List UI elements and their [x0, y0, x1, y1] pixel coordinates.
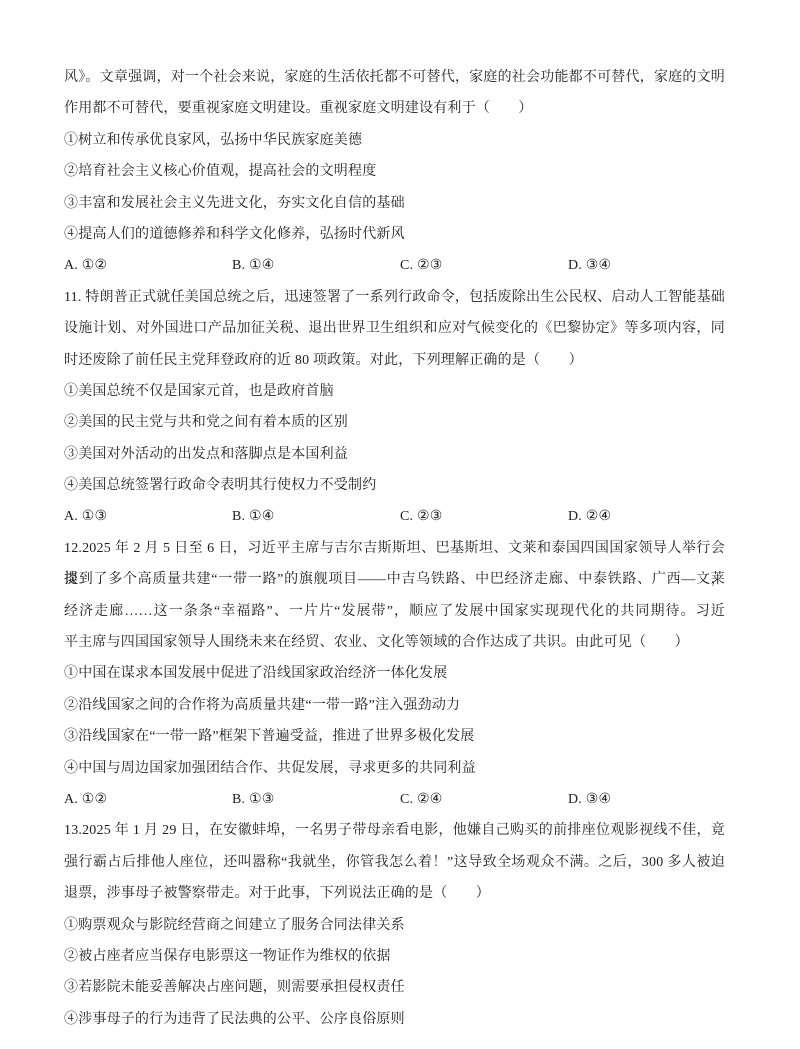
question-13-option-2: ②被占座者应当保存电影票这一物证作为维权的依据 [64, 941, 725, 972]
exam-page-text-block: 风》。文章强调，对一个社会来说，家庭的生活依托都不可替代，家庭的社会功能都不可替… [64, 62, 725, 1035]
question-11-stem-line-3: 时还废除了前任民主党拜登政府的近 80 项政策。对此，下列理解正确的是（ ） [64, 345, 725, 376]
question-10-choices-row: A. ①②B. ①④C. ②③D. ③④ [64, 250, 725, 281]
question-10-choice-d: D. ③④ [568, 250, 611, 281]
question-13-stem-line-1: 13.2025 年 1 月 29 日，在安徽蚌埠，一名男子带母亲看电影，他嫌自己… [64, 815, 725, 846]
exam-page: 风》。文章强调，对一个社会来说，家庭的生活依托都不可替代，家庭的社会功能都不可替… [0, 0, 800, 1049]
question-13-stem-line-3: 退票，涉事母子被警察带走。对于此事，下列说法正确的是（ ） [64, 878, 725, 909]
question-12-choice-d: D. ③④ [568, 784, 611, 815]
question-11-choice-d: D. ②④ [568, 501, 611, 532]
question-12-option-1: ①中国在谋求本国发展中促进了沿线国家政治经济一体化发展 [64, 658, 725, 689]
question-12-stem-line-1: 12.2025 年 2 月 5 日至 6 日，习近平主席与吉尔吉斯斯坦、巴基斯坦… [64, 533, 725, 564]
question-11-choice-b: B. ①④ [232, 501, 400, 532]
question-11-stem-line-1: 11. 特朗普正式就任美国总统之后，迅速签署了一系列行政命令，包括废除出生公民权… [64, 282, 725, 313]
question-12-option-4: ④中国与周边国家加强团结合作、共促发展，寻求更多的共同利益 [64, 753, 725, 784]
question-12-stem-line-4: 平主席与四国国家领导人围绕未来在经贸、农业、文化等领域的合作达成了共识。由此可见… [64, 627, 725, 658]
question-12-choice-a: A. ①② [64, 784, 232, 815]
question-10-stem-line-2: 作用都不可替代，要重视家庭文明建设。重视家庭文明建设有利于（ ） [64, 93, 725, 124]
question-12-choices-row: A. ①②B. ①③C. ②④D. ③④ [64, 784, 725, 815]
question-11-choice-a: A. ①③ [64, 501, 232, 532]
question-13-option-3: ③若影院未能妥善解决占座问题，则需要承担侵权责任 [64, 972, 725, 1003]
question-10-choice-c: C. ②③ [400, 250, 568, 281]
question-10-choice-b: B. ①④ [232, 250, 400, 281]
question-11-option-4: ④美国总统签署行政命令表明其行使权力不受制约 [64, 470, 725, 501]
question-10-option-3: ③丰富和发展社会主义先进文化，夯实文化自信的基础 [64, 188, 725, 219]
question-11-choices-row: A. ①③B. ①④C. ②③D. ②④ [64, 501, 725, 532]
question-12-stem-line-3: 经济走廊……这一条条“幸福路”、一片片“发展带”，顺应了发展中国家实现现代化的共… [64, 596, 725, 627]
question-10-option-2: ②培育社会主义核心价值观，提高社会的文明程度 [64, 156, 725, 187]
question-10-option-4: ④提高人们的道德修养和科学文化修养，弘扬时代新风 [64, 219, 725, 250]
question-12-option-3: ③沿线国家在“一带一路”框架下普遍受益，推进了世界多极化发展 [64, 721, 725, 752]
question-11-choice-c: C. ②③ [400, 501, 568, 532]
question-10-choice-a: A. ①② [64, 250, 232, 281]
question-13-option-1: ①购票观众与影院经营商之间建立了服务合同法律关系 [64, 910, 725, 941]
question-12-choice-c: C. ②④ [400, 784, 568, 815]
question-13-stem-line-2: 强行霸占后排他人座位，还叫嚣称“我就坐，你管我怎么着！”这导致全场观众不满。之后… [64, 847, 725, 878]
question-11-option-2: ②美国的民主党与共和党之间有着本质的区别 [64, 407, 725, 438]
question-12-stem-line-2: 提到了多个高质量共建“一带一路”的旗舰项目——中吉乌铁路、中巴经济走廊、中泰铁路… [64, 564, 725, 595]
question-11-option-3: ③美国对外活动的出发点和落脚点是本国利益 [64, 439, 725, 470]
question-12-option-2: ②沿线国家之间的合作将为高质量共建“一带一路”注入强劲动力 [64, 690, 725, 721]
question-11-stem-line-2: 设施计划、对外国进口产品加征关税、退出世界卫生组织和应对气候变化的《巴黎协定》等… [64, 313, 725, 344]
question-12-choice-b: B. ①③ [232, 784, 400, 815]
question-13-option-4: ④涉事母子的行为违背了民法典的公平、公序良俗原则 [64, 1004, 725, 1035]
question-10-option-1: ①树立和传承优良家风，弘扬中华民族家庭美德 [64, 125, 725, 156]
question-11-option-1: ①美国总统不仅是国家元首，也是政府首脑 [64, 376, 725, 407]
question-10-stem-line-1: 风》。文章强调，对一个社会来说，家庭的生活依托都不可替代，家庭的社会功能都不可替… [64, 62, 725, 93]
